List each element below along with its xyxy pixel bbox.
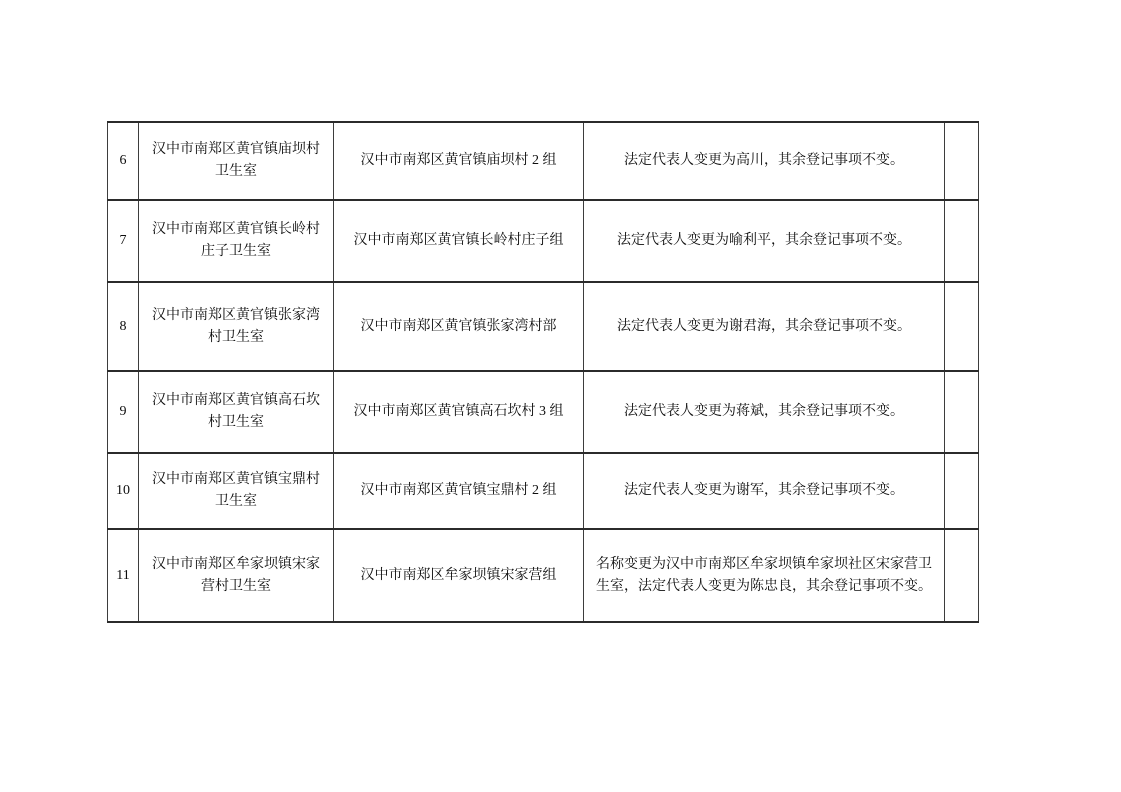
change-description-cell: 法定代表人变更为谢军，其余登记事项不变。: [584, 453, 945, 529]
table-row: 11 汉中市南郑区牟家坝镇宋家营村卫生室 汉中市南郑区牟家坝镇宋家营组 名称变更…: [108, 529, 979, 622]
remark-cell: [945, 200, 979, 282]
registry-change-table: 6 汉中市南郑区黄官镇庙坝村卫生室 汉中市南郑区黄官镇庙坝村 2 组 法定代表人…: [107, 121, 979, 623]
row-number-cell: 10: [108, 453, 139, 529]
change-description-cell: 法定代表人变更为蒋斌，其余登记事项不变。: [584, 371, 945, 453]
address-cell: 汉中市南郑区黄官镇长岭村庄子组: [334, 200, 584, 282]
institution-name-cell: 汉中市南郑区牟家坝镇宋家营村卫生室: [139, 529, 334, 622]
institution-name-cell: 汉中市南郑区黄官镇高石坎村卫生室: [139, 371, 334, 453]
row-number-cell: 8: [108, 282, 139, 371]
row-number-cell: 6: [108, 122, 139, 200]
address-cell: 汉中市南郑区黄官镇宝鼎村 2 组: [334, 453, 584, 529]
remark-cell: [945, 453, 979, 529]
row-number-cell: 7: [108, 200, 139, 282]
change-description-cell: 法定代表人变更为高川，其余登记事项不变。: [584, 122, 945, 200]
address-cell: 汉中市南郑区牟家坝镇宋家营组: [334, 529, 584, 622]
table-row: 6 汉中市南郑区黄官镇庙坝村卫生室 汉中市南郑区黄官镇庙坝村 2 组 法定代表人…: [108, 122, 979, 200]
table-row: 8 汉中市南郑区黄官镇张家湾村卫生室 汉中市南郑区黄官镇张家湾村部 法定代表人变…: [108, 282, 979, 371]
remark-cell: [945, 371, 979, 453]
document-page: 6 汉中市南郑区黄官镇庙坝村卫生室 汉中市南郑区黄官镇庙坝村 2 组 法定代表人…: [0, 0, 1121, 792]
address-cell: 汉中市南郑区黄官镇高石坎村 3 组: [334, 371, 584, 453]
change-description-cell: 法定代表人变更为谢君海，其余登记事项不变。: [584, 282, 945, 371]
address-cell: 汉中市南郑区黄官镇张家湾村部: [334, 282, 584, 371]
institution-name-cell: 汉中市南郑区黄官镇宝鼎村卫生室: [139, 453, 334, 529]
row-number-cell: 11: [108, 529, 139, 622]
institution-name-cell: 汉中市南郑区黄官镇张家湾村卫生室: [139, 282, 334, 371]
change-description-cell: 名称变更为汉中市南郑区牟家坝镇牟家坝社区宋家营卫生室，法定代表人变更为陈忠良，其…: [584, 529, 945, 622]
change-description-cell: 法定代表人变更为喻利平，其余登记事项不变。: [584, 200, 945, 282]
institution-name-cell: 汉中市南郑区黄官镇庙坝村卫生室: [139, 122, 334, 200]
table-row: 7 汉中市南郑区黄官镇长岭村庄子卫生室 汉中市南郑区黄官镇长岭村庄子组 法定代表…: [108, 200, 979, 282]
institution-name-cell: 汉中市南郑区黄官镇长岭村庄子卫生室: [139, 200, 334, 282]
table-row: 9 汉中市南郑区黄官镇高石坎村卫生室 汉中市南郑区黄官镇高石坎村 3 组 法定代…: [108, 371, 979, 453]
table-row: 10 汉中市南郑区黄官镇宝鼎村卫生室 汉中市南郑区黄官镇宝鼎村 2 组 法定代表…: [108, 453, 979, 529]
address-cell: 汉中市南郑区黄官镇庙坝村 2 组: [334, 122, 584, 200]
row-number-cell: 9: [108, 371, 139, 453]
remark-cell: [945, 282, 979, 371]
remark-cell: [945, 122, 979, 200]
remark-cell: [945, 529, 979, 622]
